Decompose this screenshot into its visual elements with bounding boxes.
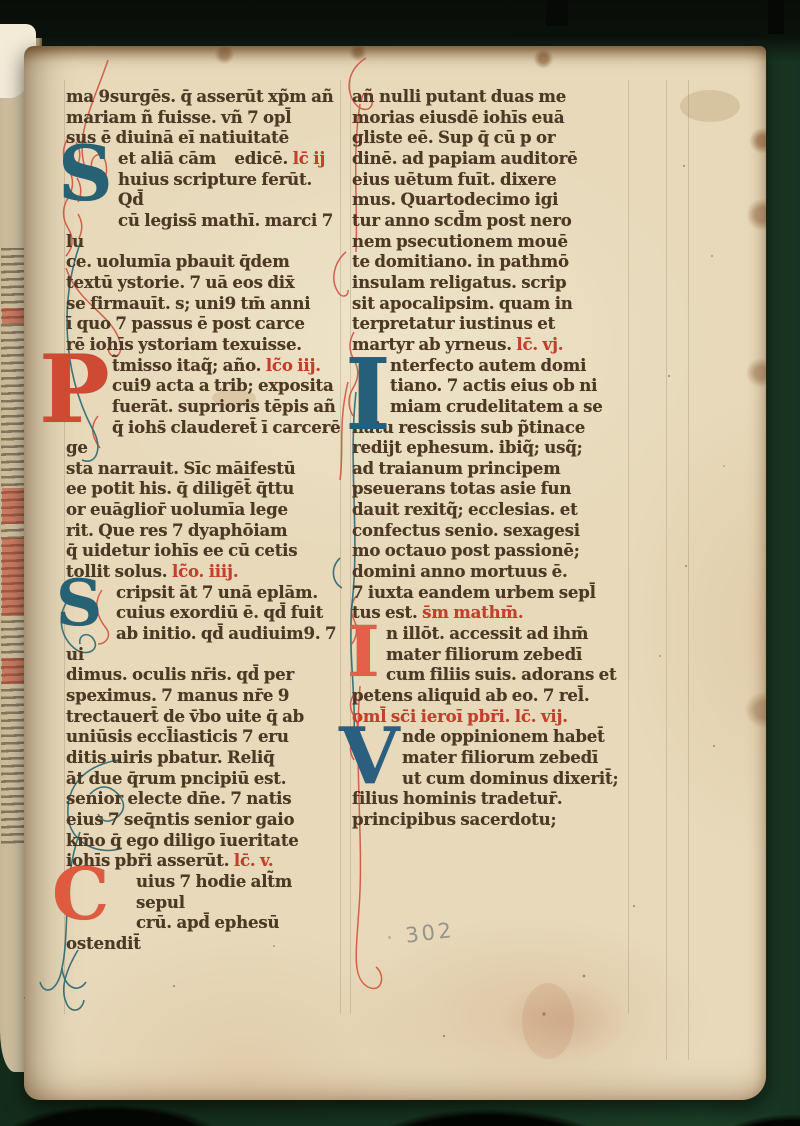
manuscript-line: trectauert̄ de v̄bo uite q̄ ab bbox=[66, 706, 304, 726]
text-block: In illōt. accessit ad ihm̄mater filiorum… bbox=[352, 623, 632, 706]
manuscript-line: sta narrauit. Sīc māifestū bbox=[66, 458, 296, 478]
manuscript-line: uniūsis eccl̄iasticis 7 eru bbox=[66, 726, 289, 746]
illuminated-initial-s: S bbox=[66, 582, 116, 624]
text-run: confectus senio. sexagesi bbox=[352, 520, 580, 540]
text-run: añ nulli putant duas me bbox=[352, 86, 566, 106]
manuscript-line: cripsit āt 7 unā eplām. bbox=[116, 582, 318, 602]
manuscript-line: ce. uolumīa pbauit q̄dem bbox=[66, 251, 290, 271]
text-run: mus. Quartodecimo igi bbox=[352, 189, 558, 209]
text-block: Interfecto autem domitiano. 7 actis eius… bbox=[352, 355, 632, 624]
backdrop-shadow-bar bbox=[546, 0, 568, 26]
illuminated-initial-p: P bbox=[66, 355, 112, 417]
text-run: ditis uiris pbatur. Reliq̄ bbox=[66, 747, 275, 767]
text-run: dinē. ad papiam auditorē bbox=[352, 148, 578, 168]
text-run: cum filiis suis. adorans et bbox=[386, 664, 617, 684]
text-run: km̄o q̄ ego diligo īueritate bbox=[66, 830, 299, 850]
text-run: tur anno scd̄m post nero bbox=[352, 210, 572, 230]
text-block: Cuius 7 hodie alt̃m sepulcrū. apd̄ ephes… bbox=[66, 871, 342, 954]
text-run: petens aliquid ab eo. 7 rel̄. bbox=[352, 685, 589, 705]
stain bbox=[680, 90, 740, 122]
text-run: tiano. 7 actis eius ob ni bbox=[390, 375, 597, 395]
text-run: et aliā cām edicē. bbox=[118, 148, 293, 168]
manuscript-line: se firmauīt. s; uni9 tm̄ anni bbox=[66, 293, 310, 313]
text-run: gliste eē. Sup q̄ cū p or bbox=[352, 127, 555, 147]
text-run: ut cum dominus dixerit̄; bbox=[402, 768, 618, 788]
manuscript-line: 7 iuxta eandem urbem sepl̄ bbox=[352, 582, 596, 602]
stain bbox=[522, 983, 574, 1059]
text-run: eius uētum fuīt. dixere bbox=[352, 169, 557, 189]
text-run: morias eiusdē iohīs euā bbox=[352, 107, 564, 127]
manuscript-line: gliste eē. Sup q̄ cū p or bbox=[352, 127, 555, 147]
text-run: pseuerans totas asie fun bbox=[352, 478, 571, 498]
text-run: ad traianum principem bbox=[352, 458, 560, 478]
manuscript-line: dinē. ad papiam auditorē bbox=[352, 148, 578, 168]
manuscript-line: mariam ñ fuisse. vñ 7 opl̄ bbox=[66, 107, 291, 127]
manuscript-line: ee potit his. q̄ diligēt̄ q̄ttu bbox=[66, 478, 294, 498]
text-run: sit apocalipsim. quam in bbox=[352, 293, 573, 313]
manuscript-line: speximus. 7 manus nr̄e 9 bbox=[66, 685, 289, 705]
manuscript-line: et aliā cām edicē. lc̄ ij bbox=[118, 148, 325, 168]
backdrop-shadow-bar bbox=[768, 0, 784, 34]
manuscript-line: t̃misso itaq̃; año. lc̃o iij. bbox=[112, 355, 321, 375]
manuscript-line: ditis uiris pbatur. Reliq̄ bbox=[66, 747, 275, 767]
manuscript-line: ut cum dominus dixerit̄; bbox=[402, 768, 618, 788]
text-run: q̄ uidetur iohīs ee cū cetis bbox=[66, 540, 297, 560]
manuscript-line: miam crudelitatem a se bbox=[390, 396, 603, 416]
text-run: nterfecto autem domi bbox=[390, 355, 586, 375]
text-run: terpretatur iustinus et bbox=[352, 313, 555, 333]
text-run: uius 7 hodie alt̃m sepul bbox=[136, 871, 297, 912]
text-run: sta narrauit. Sīc māifestū bbox=[66, 458, 296, 478]
manuscript-line: rit. Que res 7 dyaphōiam bbox=[66, 520, 287, 540]
manuscript-line: ab initio. qd̄ audiuim9. 7 ui bbox=[66, 623, 341, 664]
manuscript-line: or euāglior̄ uolumīa lege bbox=[66, 499, 288, 519]
text-column-left: ma 9surgēs. q̄ asserūt xp̃m añmariam ñ f… bbox=[66, 86, 342, 954]
text-run: ce. uolumīa pbauit q̄dem bbox=[66, 251, 290, 271]
manuscript-line: senior electe dn̄e. 7 natis bbox=[66, 788, 291, 808]
text-run: ī quo 7 passus ē post carce bbox=[66, 313, 305, 333]
rubric-run: lc̃o. iiij. bbox=[172, 561, 238, 581]
manuscript-line: dauit rexitq̃; ecclesias. et bbox=[352, 499, 578, 519]
manuscript-page: ma 9surgēs. q̄ asserūt xp̃m añmariam ñ f… bbox=[24, 46, 766, 1100]
text-run: huius scripture ferūt. Qd̄ bbox=[118, 169, 317, 210]
manuscript-line: q̄ uidetur iohīs ee cū cetis bbox=[66, 540, 297, 560]
manuscript-line: huius scripture ferūt. Qd̄ bbox=[118, 169, 317, 210]
text-run: or euāglior̄ uolumīa lege bbox=[66, 499, 288, 519]
illuminated-initial-v: V bbox=[352, 726, 402, 770]
text-run: cripsit āt 7 unā eplām. bbox=[116, 582, 318, 602]
text-run: nde oppinionem habet̄ bbox=[402, 726, 605, 746]
rubric-run: lc̄. vj. bbox=[516, 334, 563, 354]
manuscript-line: insulam religatus. scrip bbox=[352, 272, 566, 292]
ruling-line bbox=[350, 80, 351, 1014]
text-column-right: añ nulli putant duas memorias eiusdē ioh… bbox=[352, 86, 632, 830]
manuscript-line: terpretatur iustinus et bbox=[352, 313, 555, 333]
text-block: añ nulli putant duas memorias eiusdē ioh… bbox=[352, 86, 632, 355]
manuscript-line: mater filiorum zebedī bbox=[402, 747, 598, 767]
manuscript-line: tiano. 7 actis eius ob ni bbox=[390, 375, 597, 395]
illuminated-initial-i: I bbox=[352, 355, 390, 397]
text-run: nem psecutionem mouē bbox=[352, 231, 568, 251]
initial-letter: V bbox=[339, 718, 400, 796]
text-run: rit. Que res 7 dyaphōiam bbox=[66, 520, 287, 540]
manuscript-line: sit apocalipsim. quam in bbox=[352, 293, 573, 313]
text-run: n illōt. accessit ad ihm̄ bbox=[386, 623, 588, 643]
text-run: insulam religatus. scrip bbox=[352, 272, 566, 292]
text-run: mater filiorum zebedī bbox=[402, 747, 598, 767]
text-run: uniūsis eccl̄iasticis 7 eru bbox=[66, 726, 289, 746]
text-run: textū ystorie. 7 uā eos dix̄ bbox=[66, 272, 295, 292]
manuscript-line: ad traianum principem bbox=[352, 458, 560, 478]
manuscript-line: cuius exordiū ē. qd̄ fuit bbox=[116, 602, 323, 622]
text-block: Vnde oppinionem habet̄mater filiorum zeb… bbox=[352, 726, 632, 829]
manuscript-line: fuerāt. suprioris tēpis añ bbox=[112, 396, 336, 416]
text-run: principibus sacerdotu; bbox=[352, 809, 556, 829]
initial-letter: I bbox=[347, 617, 380, 687]
manuscript-line: uius 7 hodie alt̃m sepul bbox=[136, 871, 297, 912]
text-run: mariam ñ fuisse. vñ 7 opl̄ bbox=[66, 107, 291, 127]
manuscript-line: n illōt. accessit ad ihm̄ bbox=[386, 623, 588, 643]
manuscript-line: cui9 acta a trib; exposita bbox=[112, 375, 334, 395]
initial-letter: P bbox=[39, 343, 110, 437]
text-run: te domitiano. in pathmō bbox=[352, 251, 569, 271]
manuscript-line: domini anno mortuus ē. bbox=[352, 561, 568, 581]
manuscript-line: ī quo 7 passus ē post carce bbox=[66, 313, 305, 333]
ruling-line bbox=[666, 80, 667, 1060]
manuscript-line: eius uētum fuīt. dixere bbox=[352, 169, 557, 189]
manuscript-line: morias eiusdē iohīs euā bbox=[352, 107, 564, 127]
manuscript-line: mus. Quartodecimo igi bbox=[352, 189, 558, 209]
manuscript-line: nem psecutionem mouē bbox=[352, 231, 568, 251]
rubric-run: lc̃o iij. bbox=[266, 355, 321, 375]
text-run: āt due q̄rum pncipiū est. bbox=[66, 768, 286, 788]
text-run: 7 iuxta eandem urbem sepl̄ bbox=[352, 582, 596, 602]
illuminated-initial-i: I bbox=[352, 623, 386, 665]
manuscript-line: petens aliquid ab eo. 7 rel̄. bbox=[352, 685, 589, 705]
text-run: trectauert̄ de v̄bo uite q̄ ab bbox=[66, 706, 304, 726]
text-run: ab initio. qd̄ audiuim9. 7 ui bbox=[66, 623, 341, 664]
manuscript-line: textū ystorie. 7 uā eos dix̄ bbox=[66, 272, 295, 292]
text-run: t̃misso itaq̃; año. bbox=[112, 355, 266, 375]
illuminated-initial-c: C bbox=[66, 871, 136, 913]
manuscript-line: eius 7 seq̄ntis senior gaio bbox=[66, 809, 294, 829]
text-run: domini anno mortuus ē. bbox=[352, 561, 568, 581]
folio-number: 302 bbox=[385, 918, 456, 950]
text-run: se firmauīt. s; uni9 tm̄ anni bbox=[66, 293, 310, 313]
manuscript-line: te domitiano. in pathmō bbox=[352, 251, 569, 271]
manuscript-line: dimus. oculis nr̄is. qd̄ per bbox=[66, 664, 294, 684]
initial-letter: S bbox=[58, 136, 113, 212]
manuscript-line: principibus sacerdotu; bbox=[352, 809, 556, 829]
text-run: mo octauo post passionē; bbox=[352, 540, 580, 560]
manuscript-line: añ nulli putant duas me bbox=[352, 86, 566, 106]
illuminated-initial-s: S bbox=[66, 148, 118, 210]
text-run: cuius exordiū ē. qd̄ fuit bbox=[116, 602, 323, 622]
text-run: cui9 acta a trib; exposita bbox=[112, 375, 334, 395]
rubric-run: lc̄ ij bbox=[293, 148, 326, 168]
manuscript-line: tur anno scd̄m post nero bbox=[352, 210, 572, 230]
manuscript-line: cum filiis suis. adorans et bbox=[386, 664, 617, 684]
manuscript-line: km̄o q̄ ego diligo īueritate bbox=[66, 830, 299, 850]
text-run: fuerāt. suprioris tēpis añ bbox=[112, 396, 336, 416]
text-run: eius 7 seq̄ntis senior gaio bbox=[66, 809, 294, 829]
initial-letter: S bbox=[56, 572, 102, 636]
text-run: miam crudelitatem a se bbox=[390, 396, 603, 416]
text-run: speximus. 7 manus nr̄e 9 bbox=[66, 685, 289, 705]
text-run: dauit rexitq̃; ecclesias. et bbox=[352, 499, 578, 519]
text-block: Pt̃misso itaq̃; año. lc̃o iij.cui9 acta … bbox=[66, 355, 342, 582]
initial-letter: I bbox=[345, 347, 391, 445]
manuscript-line: mo octauo post passionē; bbox=[352, 540, 580, 560]
manuscript-line: nterfecto autem domi bbox=[390, 355, 586, 375]
manuscript-line: confectus senio. sexagesi bbox=[352, 520, 580, 540]
rubric-run: s̄m mathm̄. bbox=[422, 602, 523, 622]
text-run: senior electe dn̄e. 7 natis bbox=[66, 788, 291, 808]
manuscript-line: nde oppinionem habet̄ bbox=[402, 726, 605, 746]
text-run: dimus. oculis nr̄is. qd̄ per bbox=[66, 664, 294, 684]
manuscript-line: mater filiorum zebedī bbox=[386, 644, 582, 664]
rubric-run: lc̄. v. bbox=[234, 850, 274, 870]
initial-letter: C bbox=[52, 858, 109, 930]
manuscript-line: pseuerans totas asie fun bbox=[352, 478, 571, 498]
text-block: Scripsit āt 7 unā eplām.cuius exordiū ē.… bbox=[66, 582, 342, 871]
ruling-line bbox=[688, 80, 689, 1060]
text-block: Set aliā cām edicē. lc̄ ijhuius scriptur… bbox=[66, 148, 342, 355]
manuscript-line: ma 9surgēs. q̄ asserūt xp̃m añ bbox=[66, 86, 334, 106]
text-run: ma 9surgēs. q̄ asserūt xp̃m añ bbox=[66, 86, 334, 106]
text-run: ee potit his. q̄ diligēt̄ q̄ttu bbox=[66, 478, 294, 498]
text-run: mater filiorum zebedī bbox=[386, 644, 582, 664]
manuscript-line: āt due q̄rum pncipiū est. bbox=[66, 768, 286, 788]
